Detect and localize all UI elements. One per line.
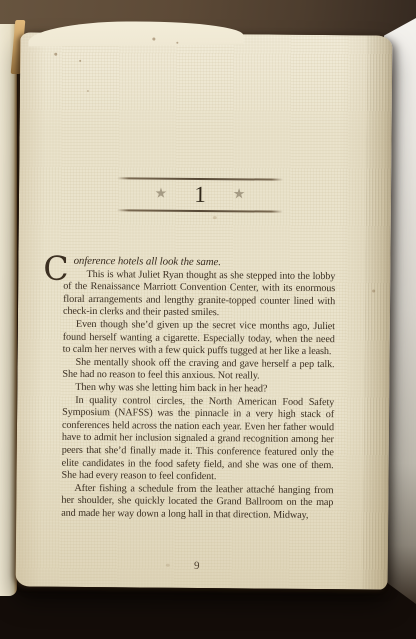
- chapter-rule-bottom: [117, 209, 283, 212]
- page-number: 9: [61, 559, 333, 573]
- star-icon: ★: [155, 187, 168, 201]
- book-photo: ★ 1 ★ Conference hotels all look the sam…: [0, 0, 416, 639]
- chapter-body: Conference hotels all look the same. Thi…: [61, 255, 335, 523]
- chapter-title-line: ★ 1 ★: [117, 179, 283, 210]
- chapter-header: ★ 1 ★: [117, 177, 283, 212]
- paragraph: In quality control circles, the North Am…: [61, 394, 334, 485]
- chapter-number: 1: [194, 183, 206, 206]
- star-icon: ★: [233, 188, 246, 202]
- book-page: ★ 1 ★ Conference hotels all look the sam…: [16, 32, 393, 589]
- page-content: ★ 1 ★ Conference hotels all look the sam…: [16, 32, 393, 589]
- paragraph: Even though she’d given up the secret vi…: [63, 319, 335, 359]
- paragraph: After fishing a schedule from the leathe…: [61, 482, 333, 522]
- facing-page-edge: [0, 24, 17, 596]
- opening-line-text: onference hotels all look the same.: [74, 255, 221, 268]
- paragraph: This is what Juliet Ryan thought as she …: [63, 268, 335, 321]
- drop-cap: C: [43, 256, 68, 281]
- paragraph: She mentally shook off the craving and g…: [62, 357, 334, 385]
